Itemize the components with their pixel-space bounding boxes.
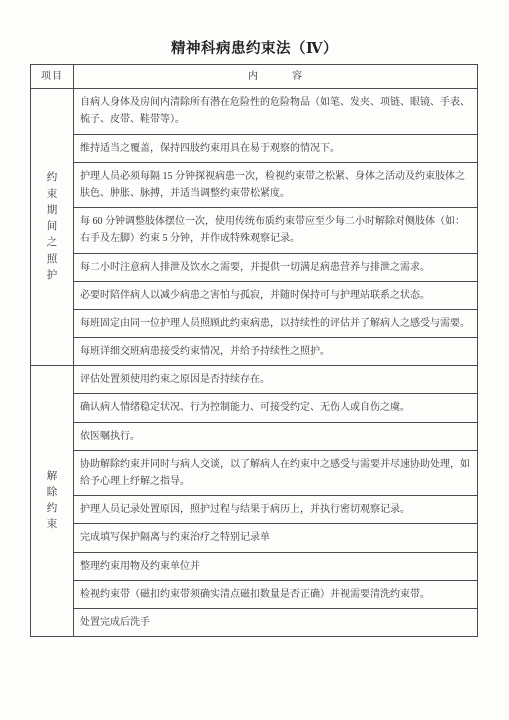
row-content: 每 60 分钟调整肢体摆位一次，使用传统布质约束带应至少每二小时解除对侧肢体（如… <box>74 208 478 253</box>
table-row: 解除约束 评估处置须使用约束之原因是否持续存在。 <box>31 366 478 394</box>
table-row: 检视约束带（磁扣约束带须确实清点磁扣数量是否正确）并视需要清洗约束带。 <box>31 580 478 608</box>
section-label-during-restraint: 约束期间之照护 <box>31 89 74 366</box>
item-column-header: 项目 <box>31 65 74 89</box>
row-content: 自病人身体及房间内清除所有潜在危险性的危险物品（如笔、发夹、项链、眼镜、手表、梳… <box>74 89 478 134</box>
table-row: 依医嘱执行。 <box>31 422 478 450</box>
row-content: 每班固定由同一位护理人员照顾此约束病患，以持续性的评估并了解病人之感受与需要。 <box>74 309 478 337</box>
row-content: 处置完成后洗手 <box>74 608 478 636</box>
row-content: 每班详细交班病患接受约束情况，并给予持续性之照护。 <box>74 338 478 366</box>
restraint-procedure-table: 项目 内 容 约束期间之照护 自病人身体及房间内清除所有潜在危险性的危险物品（如… <box>30 64 478 637</box>
table-row: 必要时陪伴病人以减少病患之害怕与孤寂，并随时保持可与护理站联系之状态。 <box>31 281 478 309</box>
table-row: 约束期间之照护 自病人身体及房间内清除所有潜在危险性的危险物品（如笔、发夹、项链… <box>31 89 478 134</box>
table-row: 护理人员必须每隔 15 分钟探视病患一次，检视约束带之松紧、身体之活动及约束肢体… <box>31 162 478 207</box>
row-content: 护理人员必须每隔 15 分钟探视病患一次，检视约束带之松紧、身体之活动及约束肢体… <box>74 162 478 207</box>
row-content: 评估处置须使用约束之原因是否持续存在。 <box>74 366 478 394</box>
page-title: 精神科病患约束法（Ⅳ） <box>0 37 509 58</box>
row-content: 协助解除约束并同时与病人交谈，以了解病人在约束中之感受与需要并尽速协助处理，如给… <box>74 450 478 495</box>
table-row: 每班固定由同一位护理人员照顾此约束病患，以持续性的评估并了解病人之感受与需要。 <box>31 309 478 337</box>
table-header-row: 项目 内 容 <box>31 65 478 89</box>
section-label-text: 约束期间之照护 <box>46 170 58 284</box>
row-content: 依医嘱执行。 <box>74 422 478 450</box>
row-content: 检视约束带（磁扣约束带须确实清点磁扣数量是否正确）并视需要清洗约束带。 <box>74 580 478 608</box>
document-page: 精神科病患约束法（Ⅳ） 项目 内 容 约束期间之照护 自病人身体及房间内清除所有… <box>0 0 509 720</box>
row-content: 维持适当之覆盖，保持四肢约束用具在易于观察的情况下。 <box>74 134 478 162</box>
table-row: 维持适当之覆盖，保持四肢约束用具在易于观察的情况下。 <box>31 134 478 162</box>
table-row: 每二小时注意病人排泄及饮水之需要，并提供一切满足病患营养与排泄之需求。 <box>31 253 478 281</box>
table-row: 处置完成后洗手 <box>31 608 478 636</box>
row-content: 必要时陪伴病人以减少病患之害怕与孤寂，并随时保持可与护理站联系之状态。 <box>74 281 478 309</box>
table-row: 每班详细交班病患接受约束情况，并给予持续性之照护。 <box>31 338 478 366</box>
row-content: 整理约束用物及约束单位并 <box>74 552 478 580</box>
section-label-text: 解除约束 <box>46 469 58 534</box>
table-row: 护理人员记录处置原因，照护过程与结果于病历上，并执行密切观察记录。 <box>31 496 478 524</box>
table-row: 确认病人情绪稳定状况、行为控制能力、可接受约定、无伤人或自伤之虞。 <box>31 394 478 422</box>
content-column-header: 内 容 <box>74 65 478 89</box>
table-row: 协助解除约束并同时与病人交谈，以了解病人在约束中之感受与需要并尽速协助处理，如给… <box>31 450 478 495</box>
row-content: 护理人员记录处置原因，照护过程与结果于病历上，并执行密切观察记录。 <box>74 496 478 524</box>
section-label-release-restraint: 解除约束 <box>31 366 74 637</box>
row-content: 确认病人情绪稳定状况、行为控制能力、可接受约定、无伤人或自伤之虞。 <box>74 394 478 422</box>
row-content: 完成填写保护隔离与约束治疗之特别记录单 <box>74 524 478 552</box>
row-content: 每二小时注意病人排泄及饮水之需要，并提供一切满足病患营养与排泄之需求。 <box>74 253 478 281</box>
table-row: 完成填写保护隔离与约束治疗之特别记录单 <box>31 524 478 552</box>
table-row: 整理约束用物及约束单位并 <box>31 552 478 580</box>
table-row: 每 60 分钟调整肢体摆位一次，使用传统布质约束带应至少每二小时解除对侧肢体（如… <box>31 208 478 253</box>
